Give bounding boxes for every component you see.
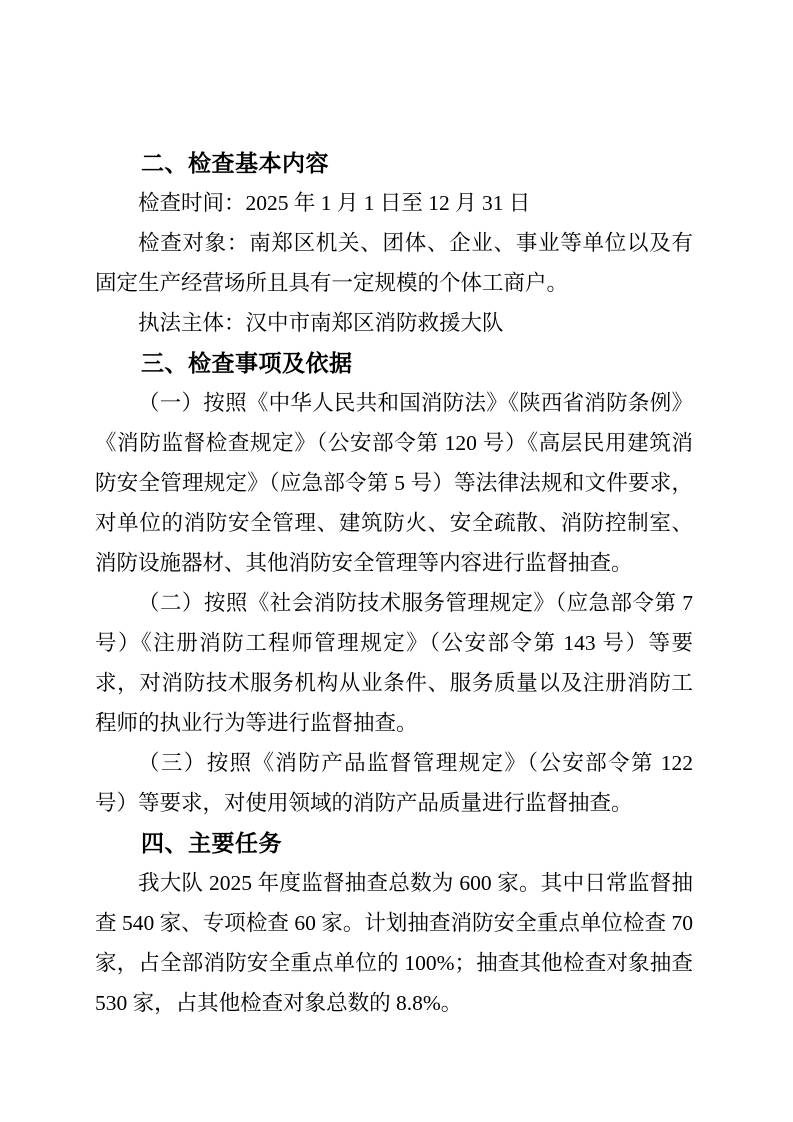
document-page: 二、检查基本内容 检查时间：2025 年 1 月 1 日至 12 月 31 日 … [0,0,793,1122]
para-law-enforcement-body: 执法主体：汉中市南郑区消防救援大队 [95,303,693,343]
heading-section-two-inspection-basic-content: 二、检查基本内容 [95,143,693,183]
para-basis-item-1: （一）按照《中华人民共和国消防法》《陕西省消防条例》《消防监督检查规定》（公安部… [95,383,693,583]
heading-section-four-main-tasks: 四、主要任务 [95,823,693,863]
para-basis-item-3: （三）按照《消防产品监督管理规定》（公安部令第 122 号）等要求，对使用领域的… [95,743,693,823]
heading-section-three-inspection-items-basis: 三、检查事项及依据 [95,343,693,383]
para-inspection-time: 检查时间：2025 年 1 月 1 日至 12 月 31 日 [95,183,693,223]
document-body: 二、检查基本内容 检查时间：2025 年 1 月 1 日至 12 月 31 日 … [95,0,693,1023]
para-basis-item-2: （二）按照《社会消防技术服务管理规定》（应急部令第 7 号）《注册消防工程师管理… [95,583,693,743]
para-main-tasks: 我大队 2025 年度监督抽查总数为 600 家。其中日常监督抽查 540 家、… [95,863,693,1023]
para-inspection-targets: 检查对象：南郑区机关、团体、企业、事业等单位以及有固定生产经营场所且具有一定规模… [95,223,693,303]
